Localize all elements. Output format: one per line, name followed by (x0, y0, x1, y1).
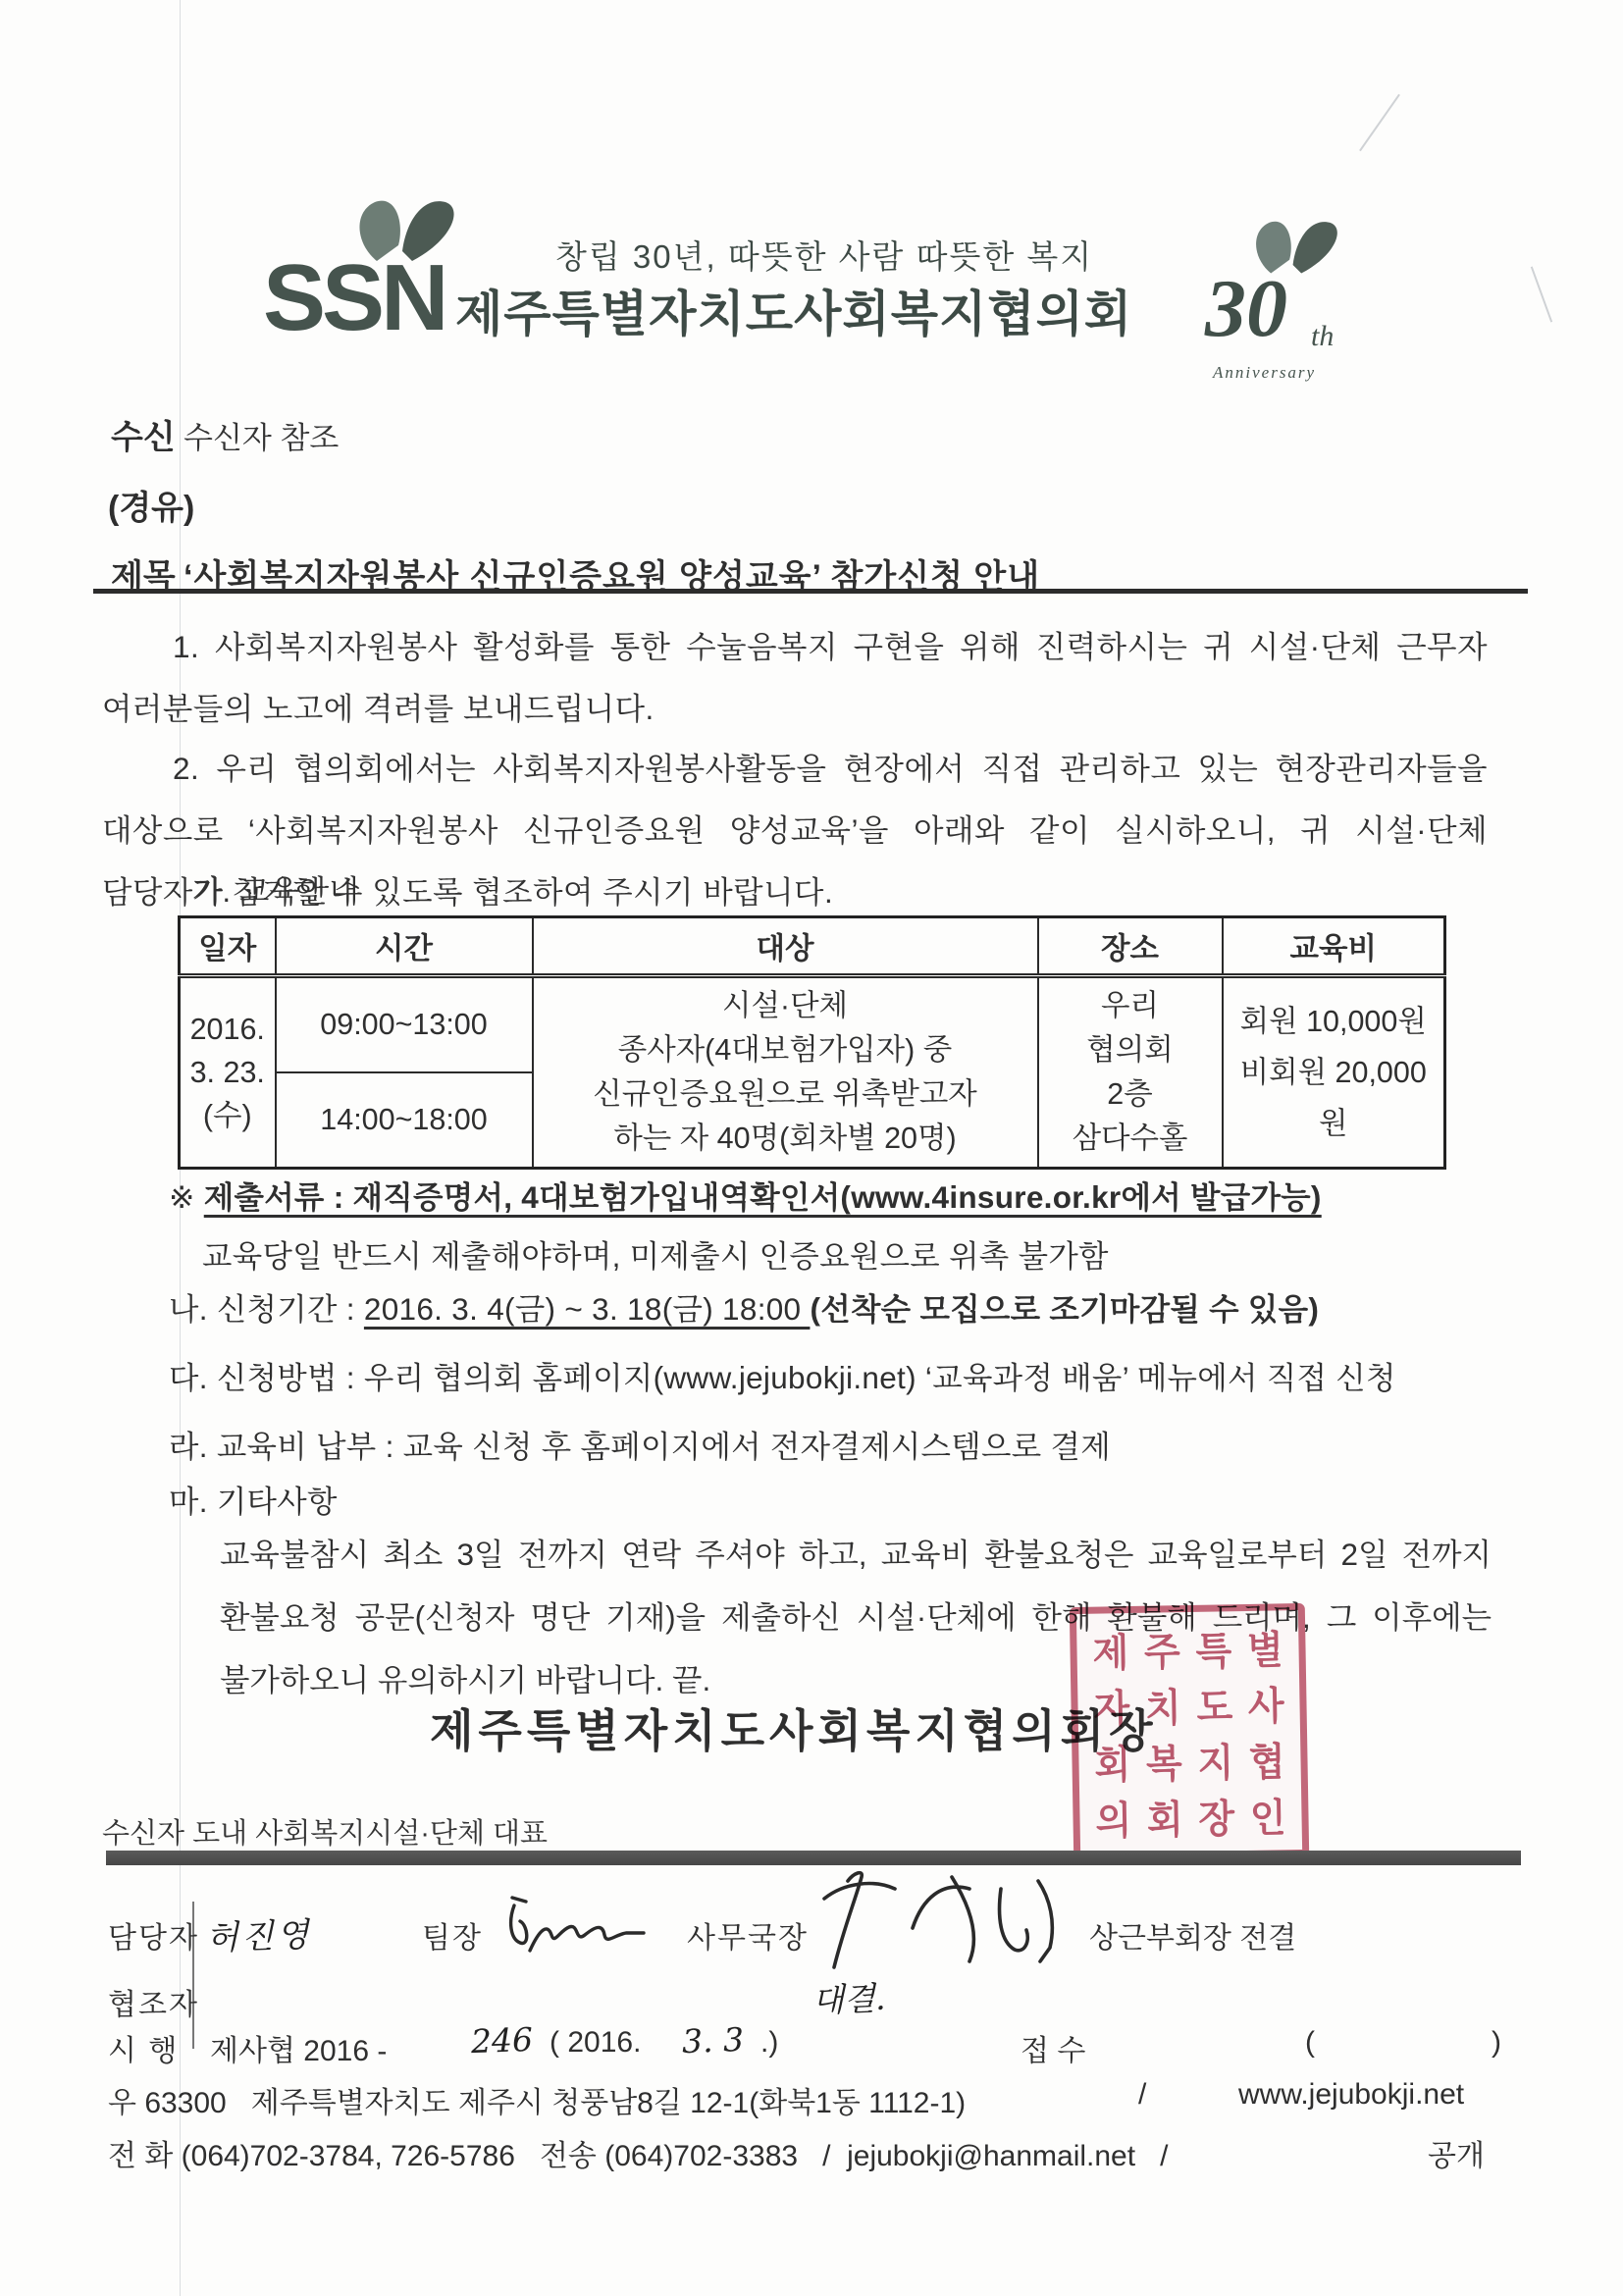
team-leader-label: 팀장 (422, 1913, 483, 1957)
stamp-char: 주 (1135, 1619, 1188, 1679)
application-method-line: 다. 신청방법 : 우리 협의회 홈페이지(www.jejubokji.net)… (169, 1354, 1396, 1398)
scan-artifact (1359, 94, 1400, 151)
recipient-list-line: 수신자 도내 사회복지시설·단체 대표 (102, 1811, 548, 1852)
zip-address-line: 우 63300 제주특별자치도 제주시 청풍남8길 12-1(화북1동 1112… (108, 2078, 966, 2121)
stamp-char: 회 (1138, 1787, 1191, 1847)
stamp-char: 치 (1136, 1675, 1189, 1735)
stamp-char: 협 (1240, 1729, 1293, 1789)
stamp-char: 특 (1187, 1618, 1240, 1678)
etc-heading: 마. 기타사항 (169, 1478, 338, 1522)
col-header-date: 일자 (180, 917, 276, 976)
stamp-char: 제 (1084, 1620, 1137, 1680)
butterfly-icon (347, 194, 465, 265)
stamp-char: 사 (1239, 1673, 1292, 1733)
col-header-target: 대상 (533, 917, 1038, 976)
education-info-table: 일자 시간 대상 장소 교육비 2016. 3. 23. (수) 09:00~1… (178, 915, 1446, 1170)
stamp-char: 지 (1189, 1730, 1242, 1790)
organization-name: 제주특별자치도사회복지협의회 (455, 275, 1132, 345)
application-period-dates: 2016. 3. 4(금) ~ 3. 18(금) 18:00 (364, 1291, 811, 1327)
stamp-char: 자 (1085, 1676, 1138, 1736)
ssn-logo-text: SSN (263, 251, 449, 345)
submit-docs-mark: ※ (169, 1179, 204, 1215)
email-slash: / (822, 2140, 830, 2172)
cell-time-morning: 09:00~13:00 (276, 976, 533, 1072)
anniversary-caption: Anniversary (1213, 363, 1316, 383)
recipient-label: 수신 (111, 410, 176, 458)
stamp-char: 장 (1190, 1786, 1243, 1846)
application-period-warning: (선착순 모집으로 조기마감될 수 있음) (810, 1291, 1319, 1327)
application-period-line: 나. 신청기간 : 2016. 3. 4(금) ~ 3. 18(금) 18:00… (169, 1285, 1319, 1330)
manager-name-handwritten: 허진영 (205, 1907, 312, 1959)
anniversary-suffix: th (1311, 320, 1334, 353)
cooperator-label: 협조자 (108, 1980, 199, 2023)
official-seal-stamp: 제 주 특 별 자 치 도 사 회 복 지 협 의 회 장 인 (1070, 1603, 1309, 1860)
stamp-char: 인 (1241, 1785, 1294, 1845)
slogan-text: 창립 30년, 따뜻한 사람 따뜻한 복지 (555, 232, 1093, 278)
submit-docs-underlined: 제출서류 : 재직증명서, 4대보험가입내역확인서(www.4insure.or… (204, 1179, 1322, 1215)
receipt-paren-close: ) (1492, 2026, 1501, 2060)
header-divider (93, 589, 1528, 594)
email-address: jejubokji@hanmail.net (847, 2140, 1135, 2172)
doc-date-close: .) (760, 2026, 778, 2060)
recipient-value: 수신자 참조 (183, 413, 339, 457)
manager-label: 담당자 (108, 1913, 199, 1957)
secretary-general-label: 사무국장 (687, 1913, 809, 1957)
disclosure-slash: / (1160, 2140, 1168, 2172)
doc-date-handwritten: 3. 3 (681, 2020, 744, 2061)
submit-docs-note: ※ 제출서류 : 재직증명서, 4대보험가입내역확인서(www.4insure.… (169, 1174, 1322, 1218)
section-ga-heading: 가. 교육안내 (192, 867, 359, 912)
cell-target: 시설·단체 종사자(4대보험가입자) 중 신규인증요원으로 위촉받고자 하는 자… (533, 976, 1038, 1169)
stamp-char: 별 (1238, 1617, 1291, 1677)
cell-date: 2016. 3. 23. (수) (180, 976, 276, 1169)
fax-number: (064)702-3383 (604, 2140, 798, 2172)
phone-label: 전 화 (108, 2140, 173, 2172)
doc-date-open: ( 2016. (550, 2026, 641, 2060)
stamp-char: 회 (1086, 1731, 1139, 1791)
sender-title: 제주특별자치도사회복지협의회장 (430, 1696, 1158, 1760)
col-header-place: 장소 (1038, 917, 1223, 976)
fax-label: 전송 (540, 2140, 597, 2172)
col-header-fee: 교육비 (1223, 917, 1445, 976)
stamp-char: 복 (1137, 1731, 1190, 1791)
disclosure-text: 공개 (1428, 2131, 1485, 2174)
doc-number-handwritten: 246 (470, 2020, 533, 2061)
table-header-row: 일자 시간 대상 장소 교육비 (180, 917, 1445, 976)
cell-fee: 회원 10,000원 비회원 20,000원 (1223, 976, 1445, 1169)
final-approval-text: 상근부회장 전결 (1089, 1913, 1296, 1957)
stamp-char: 도 (1188, 1674, 1241, 1734)
application-period-label: 나. 신청기간 : (169, 1291, 364, 1327)
receipt-paren-open: ( (1305, 2026, 1315, 2060)
website-url: www.jejubokji.net (1238, 2078, 1464, 2112)
address-slash: / (1138, 2078, 1146, 2112)
cell-place: 우리 협의회 2층 삼다수홀 (1038, 976, 1223, 1169)
submit-docs-subnote: 교육당일 반드시 제출해야하며, 미제출시 인증요원으로 위촉 불가함 (202, 1232, 1109, 1277)
team-leader-signature (500, 1892, 677, 1970)
phone-fax-line: 전 화 (064)702-3784, 726-5786 전송 (064)702-… (108, 2131, 1168, 2174)
address-text: 제주특별자치도 제주시 청풍남8길 12-1(화북1동 1112-1) (251, 2087, 966, 2119)
via-label: (경유) (108, 481, 194, 529)
execution-label: 시 행 (108, 2026, 179, 2069)
anniversary-logo: 30 th Anniversary (1195, 234, 1372, 381)
phone-numbers: (064)702-3784, 726-5786 (182, 2140, 515, 2172)
ssn-logo: SSN (263, 251, 449, 345)
table-row: 2016. 3. 23. (수) 09:00~13:00 시설·단체 종사자(4… (180, 976, 1445, 1072)
scanned-official-letter: SSN 창립 30년, 따뜻한 사람 따뜻한 복지 제주특별자치도사회복지협의회… (0, 0, 1623, 2296)
scan-artifact (1531, 266, 1552, 322)
anniversary-number: 30 (1205, 261, 1287, 356)
cell-time-afternoon: 14:00~18:00 (276, 1072, 533, 1169)
receipt-label: 접 수 (1021, 2026, 1085, 2069)
fee-payment-line: 라. 교육비 납부 : 교육 신청 후 홈페이지에서 전자결제시스템으로 결제 (169, 1423, 1111, 1467)
zip-code: 우 63300 (108, 2087, 227, 2119)
secretary-general-signature (805, 1859, 1079, 1987)
doc-number-prefix: 제사협 2016 - (210, 2026, 387, 2069)
col-header-time: 시간 (276, 917, 533, 976)
sub-approval-handwritten: 대결. (811, 1973, 886, 2022)
stamp-char: 의 (1087, 1787, 1140, 1847)
body-paragraph-1: 1. 사회복지자원봉사 활성화를 통한 수눌음복지 구현을 위해 진력하시는 귀… (102, 616, 1488, 740)
